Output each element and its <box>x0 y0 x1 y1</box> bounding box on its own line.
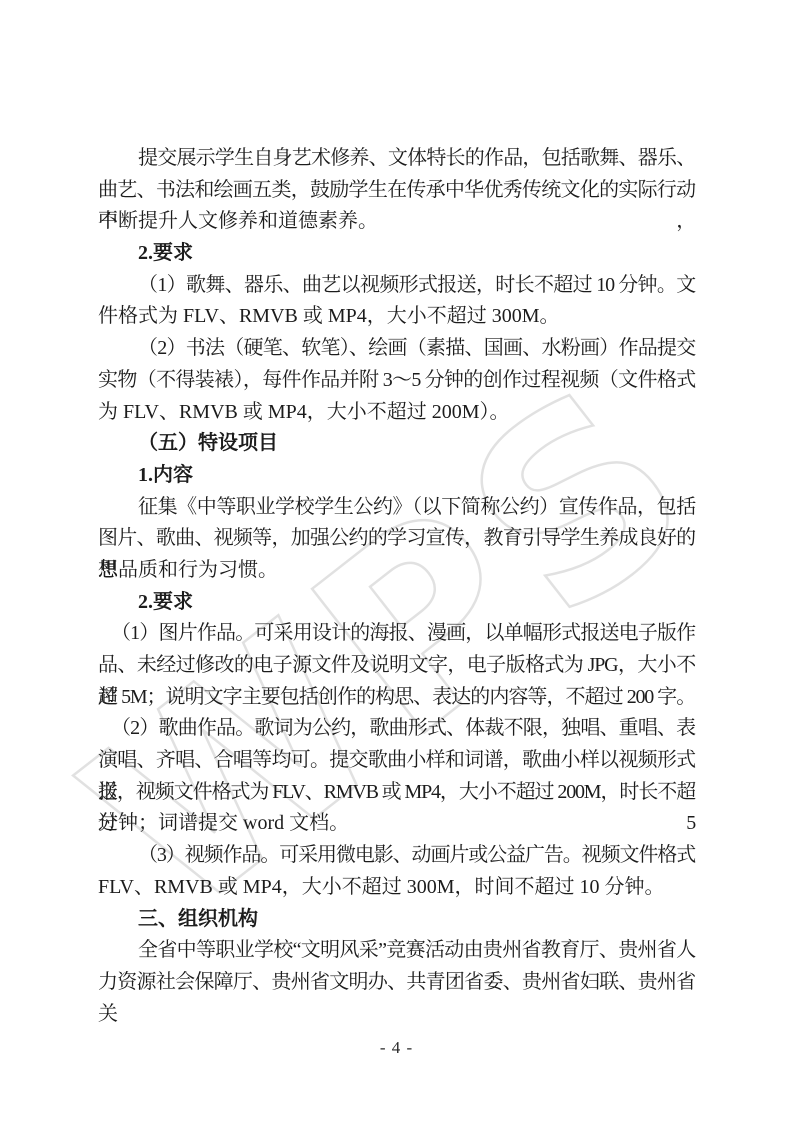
text-line: 2.要求 <box>98 238 695 270</box>
text-line: 品、未经过修改的电子源文件及说明文字，电子版格式为 JPG，大小不超 <box>98 650 695 682</box>
text-line: 过 5M；说明文字主要包括创作的构思、表达的内容等，不超过 200 字。 <box>98 682 695 714</box>
text-line: 送，视频文件格式为 FLV、RMVB 或 MP4，大小不超过 200M，时长不超… <box>98 777 695 809</box>
text-line: 力资源社会保障厅、贵州省文明办、共青团省委、贵州省妇联、贵州省关 <box>98 967 695 999</box>
text-line: （1）歌舞、器乐、曲艺以视频形式报送，时长不超过 10 分钟。文 <box>98 270 695 302</box>
document-page: WPS 提交展示学生自身艺术修养、文体特长的作品，包括歌舞、器乐、曲艺、书法和绘… <box>0 0 793 1122</box>
text-line: 1.内容 <box>98 460 695 492</box>
text-line: 件格式为 FLV、RMVB 或 MP4，大小不超过 300M。 <box>98 301 695 333</box>
text-line: 征集《中等职业学校学生公约》（以下简称公约）宣传作品，包括 <box>98 492 695 524</box>
text-line: 图片、歌曲、视频等，加强公约的学习宣传，教育引导学生养成良好的思 <box>98 523 695 555</box>
text-line: 演唱、齐唱、合唱等均可。提交歌曲小样和词谱，歌曲小样以视频形式报 <box>98 745 695 777</box>
document-content: 提交展示学生自身艺术修养、文体特长的作品，包括歌舞、器乐、曲艺、书法和绘画五类，… <box>98 143 695 999</box>
text-line: 三、组织机构 <box>98 904 695 936</box>
text-line: FLV、RMVB 或 MP4，大小不超过 300M，时间不超过 10 分钟。 <box>98 872 695 904</box>
text-line: 实物（不得装裱），每件作品并附 3～5 分钟的创作过程视频（文件格式 <box>98 365 695 397</box>
text-line: 全省中等职业学校“文明风采”竞赛活动由贵州省教育厅、贵州省人 <box>98 935 695 967</box>
text-line: 2.要求 <box>98 587 695 619</box>
text-line: （1）图片作品。可采用设计的海报、漫画，以单幅形式报送电子版作 <box>98 618 695 650</box>
text-line: 曲艺、书法和绘画五类，鼓励学生在传承中华优秀传统文化的实际行动中， <box>98 175 695 207</box>
text-line: 想品质和行为习惯。 <box>98 555 695 587</box>
text-line: （2）书法（硬笔、软笔）、绘画（素描、国画、水粉画）作品提交 <box>98 333 695 365</box>
text-line: 为 FLV、RMVB 或 MP4，大小不超过 200M）。 <box>98 397 695 429</box>
text-line: 提交展示学生自身艺术修养、文体特长的作品，包括歌舞、器乐、 <box>98 143 695 175</box>
text-line: （2）歌曲作品。歌词为公约，歌曲形式、体裁不限，独唱、重唱、表 <box>98 713 695 745</box>
text-line: （3）视频作品。可采用微电影、动画片或公益广告。视频文件格式 <box>98 840 695 872</box>
page-number: - 4 - <box>0 1038 793 1058</box>
text-line: （五）特设项目 <box>98 428 695 460</box>
